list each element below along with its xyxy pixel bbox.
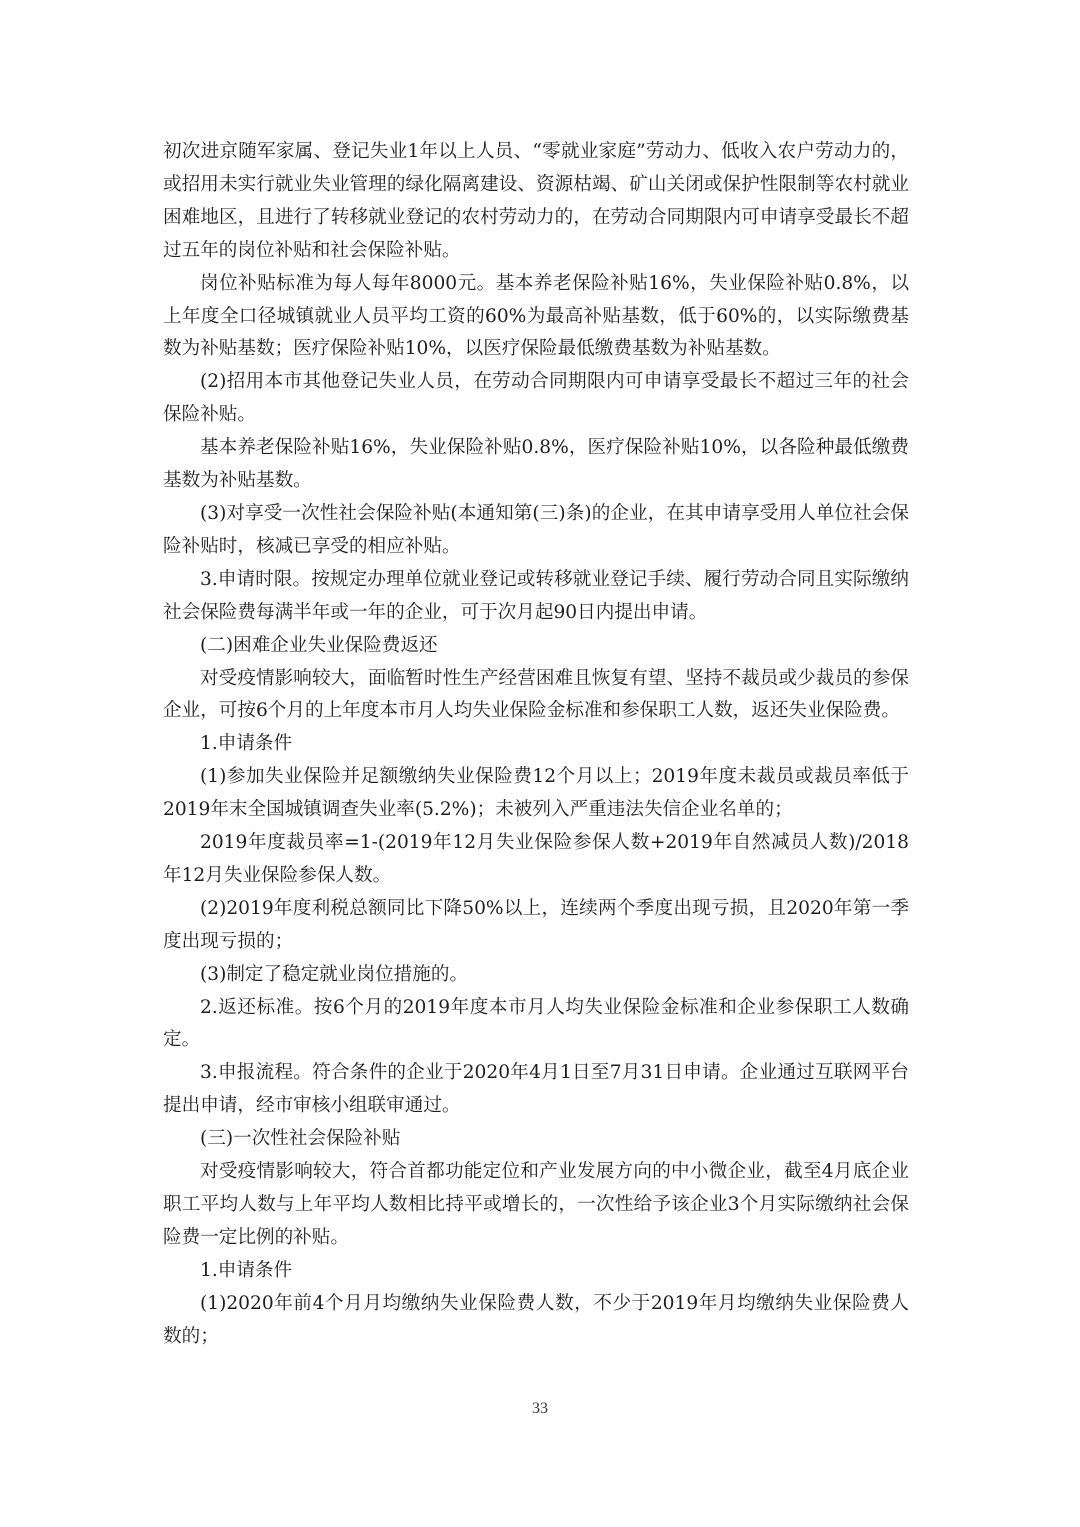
document-body: 初次进京随军家属、登记失业1年以上人员、“零就业家庭”劳动力、低收入农户劳动力的… [163,136,909,1354]
page-number: 33 [0,1400,1080,1418]
paragraph: 2019年度裁员率=1-(2019年12月失业保险参保人数+2019年自然减员人… [163,827,909,893]
paragraph: 岗位补贴标准为每人每年8000元。基本养老保险补贴16%，失业保险补贴0.8%，… [163,268,909,367]
paragraph: (3)对享受一次性社会保险补贴(本通知第(三)条)的企业，在其申请享受用人单位社… [163,498,909,564]
paragraph: 基本养老保险补贴16%，失业保险补贴0.8%，医疗保险补贴10%，以各险种最低缴… [163,432,909,498]
section-heading: (二)困难企业失业保险费返还 [163,630,909,663]
paragraph: 对受疫情影响较大，符合首都功能定位和产业发展方向的中小微企业，截至4月底企业职工… [163,1156,909,1255]
paragraph: (2)招用本市其他登记失业人员，在劳动合同期限内可申请享受最长不超过三年的社会保… [163,366,909,432]
paragraph: 3.申请时限。按规定办理单位就业登记或转移就业登记手续、履行劳动合同且实际缴纳社… [163,564,909,630]
paragraph: (3)制定了稳定就业岗位措施的。 [163,959,909,992]
subsection-heading: 1.申请条件 [163,728,909,761]
paragraph: 对受疫情影响较大，面临暂时性生产经营困难且恢复有望、坚持不裁员或少裁员的参保企业… [163,663,909,729]
paragraph: 初次进京随军家属、登记失业1年以上人员、“零就业家庭”劳动力、低收入农户劳动力的… [163,136,909,268]
paragraph: (1)2020年前4个月月均缴纳失业保险费人数，不少于2019年月均缴纳失业保险… [163,1288,909,1354]
paragraph: (2)2019年度利税总额同比下降50%以上，连续两个季度出现亏损，且2020年… [163,893,909,959]
paragraph: 2.返还标准。按6个月的2019年度本市月人均失业保险金标准和企业参保职工人数确… [163,992,909,1058]
paragraph: (1)参加失业保险并足额缴纳失业保险费12个月以上；2019年度未裁员或裁员率低… [163,761,909,827]
section-heading: (三)一次性社会保险补贴 [163,1123,909,1156]
paragraph: 3.申报流程。符合条件的企业于2020年4月1日至7月31日申请。企业通过互联网… [163,1057,909,1123]
subsection-heading: 1.申请条件 [163,1255,909,1288]
